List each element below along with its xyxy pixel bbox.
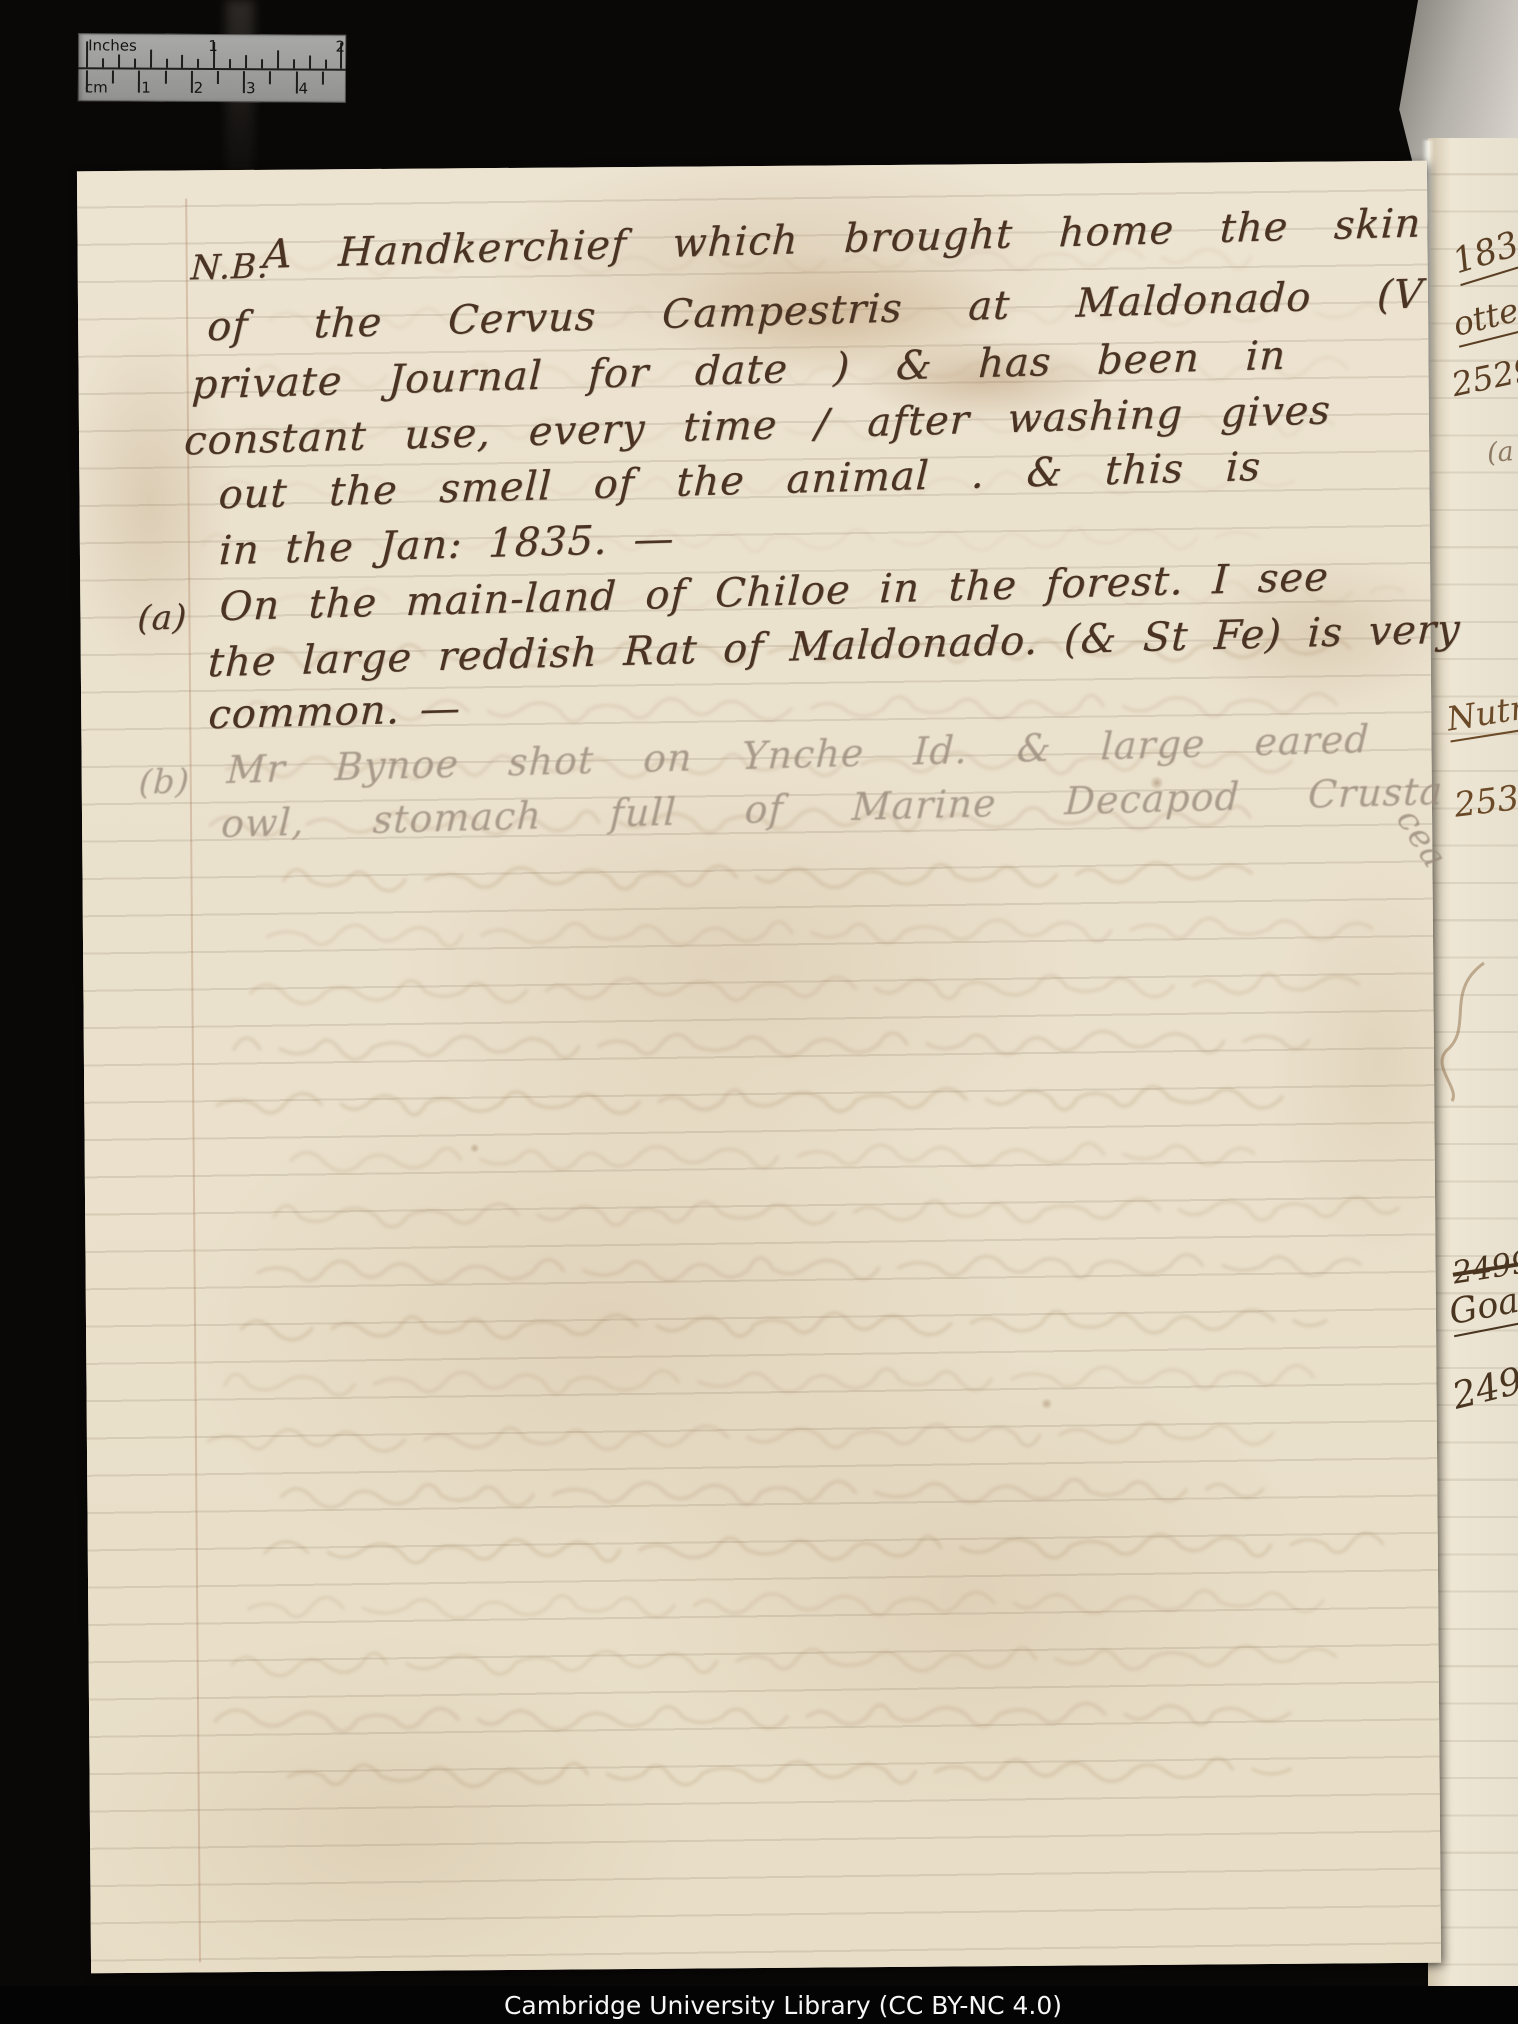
ruler-inch-ticks (78, 33, 346, 34)
ruler-tick (309, 56, 311, 69)
ruler-tick (165, 71, 167, 84)
ruler-tick (86, 70, 88, 92)
ruler-cm-number: 4 (298, 79, 308, 97)
ruler-tick (191, 71, 193, 93)
ruler-tick (112, 70, 114, 83)
ruler-tick (217, 71, 219, 84)
ruler-inch-number: 1 (208, 37, 218, 55)
ruler-tick (245, 55, 247, 68)
ruler-tick (293, 59, 295, 68)
ruler-tick (261, 59, 263, 68)
ruler-tick (118, 55, 120, 68)
ruler-cm-ticks (78, 33, 346, 34)
ruler-cm-number: 1 (141, 79, 151, 97)
ruler-tick (269, 71, 271, 84)
ruler-cm-number: 3 (246, 79, 256, 97)
ruler-tick (150, 50, 152, 68)
ruler-tick (243, 71, 245, 93)
manuscript-page: N.B.A Handkerchief which brought home th… (77, 161, 1441, 1974)
photograph-background: Inches cm 12 12345 N.B.A Handkerchief wh… (0, 0, 1518, 2024)
caption-bar: Cambridge University Library (CC BY-NC 4… (0, 1986, 1518, 2024)
ruler-tick (102, 58, 104, 67)
ruler-tick (322, 72, 324, 85)
handwritten-line: common. — (207, 685, 462, 738)
ruler-cm-label: cm (85, 78, 108, 96)
ruler-tick (138, 71, 140, 93)
ruler-tick (295, 71, 297, 93)
ruler-inch-numbers: 12 (78, 33, 346, 34)
ruler-tick (197, 59, 199, 68)
ruler-tick (134, 59, 136, 68)
ruler-tick (86, 41, 88, 67)
ruler-midline (78, 67, 346, 70)
ruler-tick (277, 50, 279, 68)
ruler-tick (229, 59, 231, 68)
caption-text: Cambridge University Library (CC BY-NC 4… (504, 1991, 1062, 2020)
ruler-tick (181, 55, 183, 68)
margin-flourish-mark (1430, 955, 1500, 1105)
ruler-inches-label: Inches (88, 36, 137, 54)
margin-note: (a (1486, 436, 1515, 469)
handwritten-line-prefix: (a) (137, 597, 189, 638)
ruler-cm-number: 2 (194, 79, 204, 97)
ruler-tick (324, 60, 326, 69)
ruler-cm-numbers: 12345 (78, 33, 346, 34)
handwritten-line-prefix: (b) (138, 761, 191, 802)
ruler-inch-number: 2 (335, 38, 345, 56)
handwritten-line-prefix: N.B. (190, 246, 270, 288)
ruler-tick (166, 59, 168, 68)
measurement-ruler: Inches cm 12 12345 (78, 33, 346, 102)
